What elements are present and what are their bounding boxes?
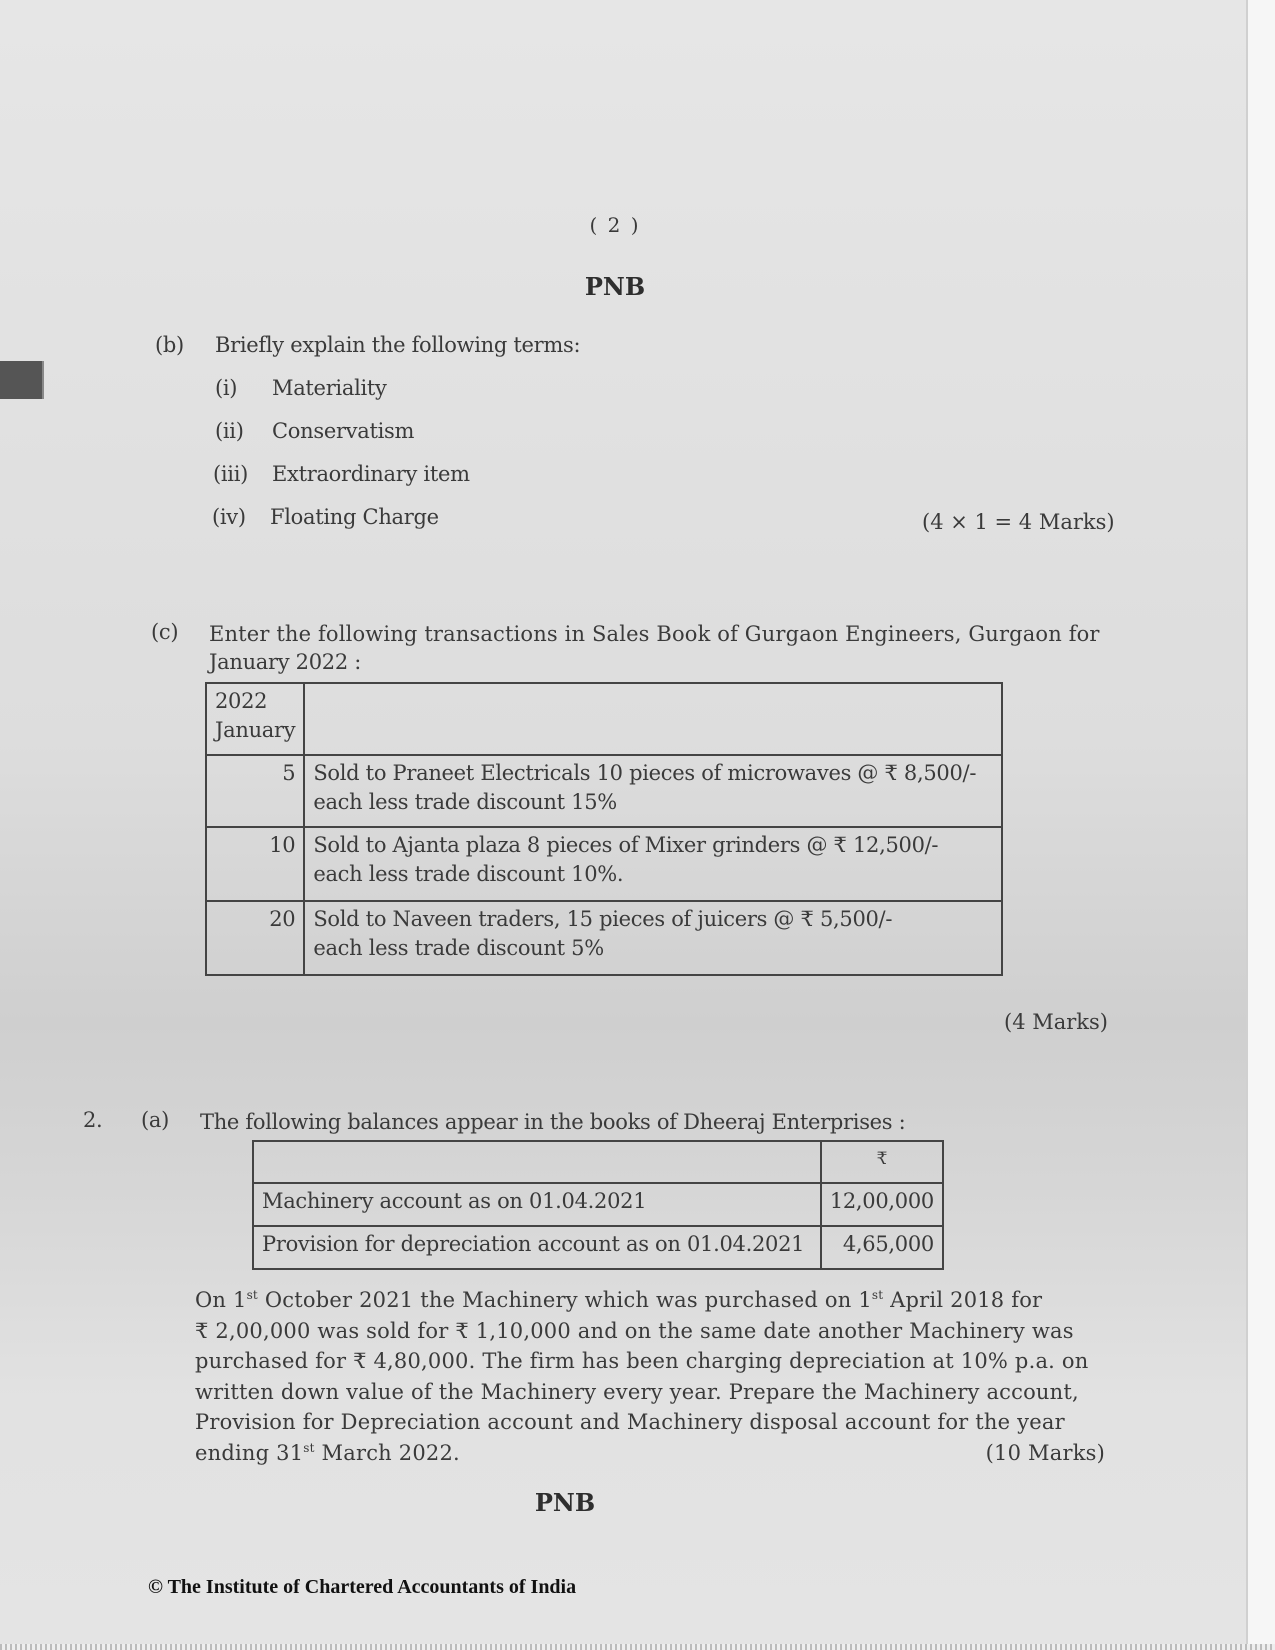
table-row: 10 Sold to Ajanta plaza 8 pieces of Mixe… — [206, 827, 1002, 901]
paragraph-line: ₹ 2,00,000 was sold for ₹ 1,10,000 and o… — [195, 1316, 1105, 1347]
table-row: 20 Sold to Naveen traders, 15 pieces of … — [206, 901, 1002, 975]
question-2a-paragraph: On 1st October 2021 the Machinery which … — [195, 1285, 1105, 1468]
term-label: Materiality — [272, 376, 387, 400]
question-2a-marks: (10 Marks) — [986, 1438, 1105, 1469]
section-b-marks: (4 × 1 = 4 Marks) — [922, 510, 1115, 534]
day-cell: 20 — [206, 901, 304, 975]
day-cell: 10 — [206, 827, 304, 901]
page-number: ( 2 ) — [0, 213, 1230, 237]
description-cell: Sold to Praneet Electricals 10 pieces of… — [304, 755, 1002, 827]
section-c-marks: (4 Marks) — [1004, 1010, 1108, 1034]
table-header-row: 2022 January — [206, 683, 1002, 755]
amount-cell: 4,65,000 — [821, 1226, 943, 1269]
balances-table: ₹ Machinery account as on 01.04.2021 12,… — [252, 1140, 944, 1270]
section-b-prompt: Briefly explain the following terms: — [215, 333, 580, 357]
footer-code: PNB — [0, 1488, 1180, 1517]
description-cell: Sold to Ajanta plaza 8 pieces of Mixer g… — [304, 827, 1002, 901]
particulars-cell: Machinery account as on 01.04.2021 — [253, 1183, 821, 1226]
header-code: PNB — [0, 272, 1230, 301]
table-row: Provision for depreciation account as on… — [253, 1226, 943, 1269]
description-header-cell — [304, 683, 1002, 755]
year-header: 2022 — [215, 687, 295, 716]
term-label: Conservatism — [272, 419, 414, 443]
paragraph-line: written down value of the Machinery ever… — [195, 1377, 1105, 1408]
paragraph-line: On 1st October 2021 the Machinery which … — [195, 1285, 1105, 1316]
particulars-cell: Provision for depreciation account as on… — [253, 1226, 821, 1269]
date-header-cell: 2022 January — [206, 683, 304, 755]
day-cell: 5 — [206, 755, 304, 827]
sales-transactions-table: 2022 January 5 Sold to Praneet Electrica… — [205, 682, 1003, 976]
table-row: Machinery account as on 01.04.2021 12,00… — [253, 1183, 943, 1226]
term-label: Floating Charge — [270, 505, 439, 529]
paragraph-line: purchased for ₹ 4,80,000. The firm has b… — [195, 1346, 1105, 1377]
section-c-prompt-cont: January 2022 : — [209, 650, 361, 674]
question-2a-label: (a) — [141, 1108, 169, 1132]
question-2a-prompt: The following balances appear in the boo… — [200, 1110, 905, 1134]
page-tab-marker — [0, 361, 44, 399]
scan-edge — [1246, 0, 1275, 1650]
amount-cell: 12,00,000 — [821, 1183, 943, 1226]
term-number: (iv) — [212, 505, 246, 529]
term-label: Extraordinary item — [272, 462, 470, 486]
copyright-notice: © The Institute of Chartered Accountants… — [148, 1576, 576, 1599]
term-number: (i) — [215, 376, 237, 400]
section-b-label: (b) — [155, 333, 184, 357]
section-c-prompt: Enter the following transactions in Sale… — [209, 622, 1100, 646]
term-number: (ii) — [215, 419, 244, 443]
scan-bottom-edge — [0, 1644, 1275, 1650]
paragraph-line: Provision for Depreciation account and M… — [195, 1407, 1105, 1438]
month-header: January — [215, 716, 295, 745]
term-number: (iii) — [213, 462, 248, 486]
table-row: 5 Sold to Praneet Electricals 10 pieces … — [206, 755, 1002, 827]
paragraph-last-line: ending 31st March 2022. (10 Marks) — [195, 1438, 1105, 1469]
description-cell: Sold to Naveen traders, 15 pieces of jui… — [304, 901, 1002, 975]
rupee-icon: ₹ — [821, 1141, 943, 1183]
section-c-label: (c) — [151, 620, 178, 644]
particulars-header-cell — [253, 1141, 821, 1183]
table-header-row: ₹ — [253, 1141, 943, 1183]
question-number: 2. — [83, 1108, 102, 1132]
